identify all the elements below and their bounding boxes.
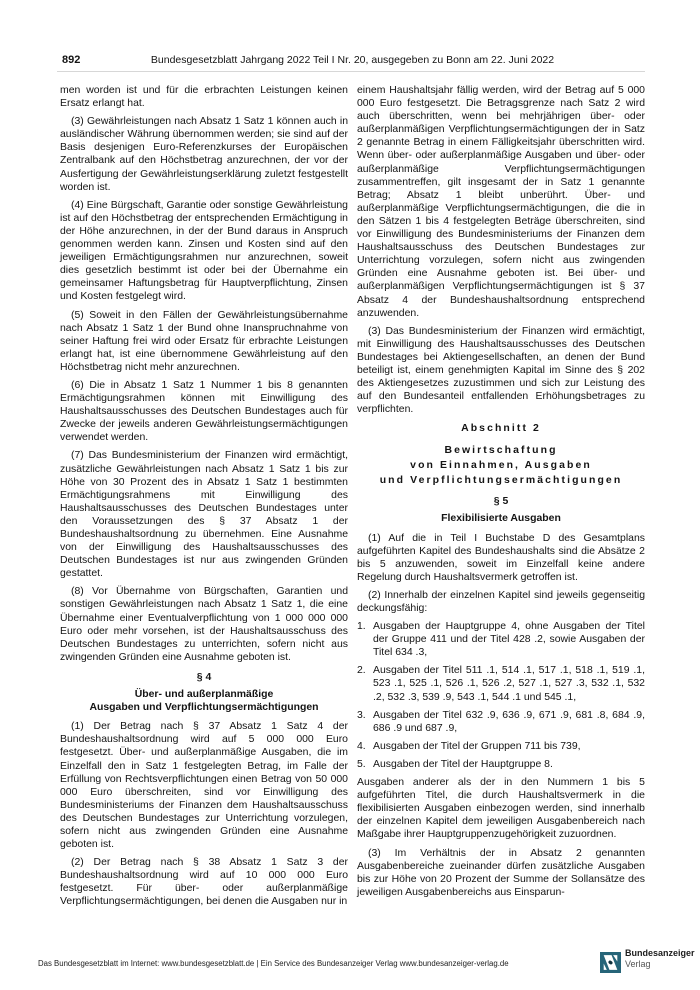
paragraph: (3) Im Verhältnis der in Absatz 2 genann… (357, 847, 645, 899)
publisher-name: Bundesanzeiger (625, 948, 695, 959)
publisher-logo: Bundesanzeiger Verlag (600, 948, 695, 973)
list-item-number: 4. (357, 740, 373, 753)
section-number: § 4 (60, 671, 348, 684)
page-header: 892 Bundesgesetzblatt Jahrgang 2022 Teil… (60, 54, 645, 68)
paragraph: (2) Der Betrag nach § 38 Absatz 1 Satz 3… (60, 856, 348, 908)
paragraph: (8) Vor Übernahme von Bürgschaften, Gara… (60, 585, 348, 664)
left-column: men worden ist und für die erbrachten Le… (60, 84, 348, 914)
list-item: 2.Ausgaben der Titel 511 .1, 514 .1, 517… (357, 664, 645, 703)
paragraph: (2) Innerhalb der einzelnen Kapitel sind… (357, 589, 645, 615)
section-title: Flexibilisierte Ausgaben (357, 512, 645, 525)
paragraph: (3) Das Bundesministerium der Finanzen w… (357, 325, 645, 417)
paragraph: (4) Eine Bürgschaft, Garantie oder sonst… (60, 199, 348, 304)
list-item-number: 1. (357, 620, 373, 659)
page-number: 892 (62, 54, 80, 66)
paragraph: (7) Das Bundesministerium der Finanzen w… (60, 449, 348, 580)
list-item-number: 3. (357, 709, 373, 735)
paragraph: (1) Auf die in Teil I Buchstabe D des Ge… (357, 532, 645, 584)
paragraph: (6) Die in Absatz 1 Satz 1 Nummer 1 bis … (60, 379, 348, 444)
list-item-text: Ausgaben der Titel 632 .9, 636 .9, 671 .… (373, 709, 645, 735)
section-title: Über- und außerplanmäßigeAusgaben und Ve… (60, 688, 348, 714)
list-item: 1.Ausgaben der Hauptgruppe 4, ohne Ausga… (357, 620, 645, 659)
list-item: 3.Ausgaben der Titel 632 .9, 636 .9, 671… (357, 709, 645, 735)
list-item-text: Ausgaben der Titel 511 .1, 514 .1, 517 .… (373, 664, 645, 703)
part-heading: Bewirtschaftungvon Einnahmen, Ausgabenun… (357, 443, 645, 488)
paragraph: (3) Gewährleistungen nach Absatz 1 Satz … (60, 115, 348, 194)
list-item-text: Ausgaben der Titel der Gruppen 711 bis 7… (373, 740, 645, 753)
paragraph: einem Haushaltsjahr fällig werden, wird … (357, 84, 645, 320)
bundesanzeiger-logo-icon (600, 952, 621, 973)
list-item-number: 5. (357, 758, 373, 771)
right-column: einem Haushaltsjahr fällig werden, wird … (357, 84, 645, 914)
list-item: 5.Ausgaben der Titel der Hauptgruppe 8. (357, 758, 645, 771)
list-item-text: Ausgaben der Titel der Hauptgruppe 8. (373, 758, 645, 771)
list-item-text: Ausgaben der Hauptgruppe 4, ohne Ausgabe… (373, 620, 645, 659)
header-divider (57, 71, 645, 72)
document-page: 892 Bundesgesetzblatt Jahrgang 2022 Teil… (0, 0, 700, 990)
part-heading: Abschnitt 2 (357, 421, 645, 436)
running-head-title: Bundesgesetzblatt Jahrgang 2022 Teil I N… (60, 54, 645, 66)
publisher-logo-text: Bundesanzeiger Verlag (625, 948, 695, 969)
publisher-name-line2: Verlag (625, 959, 695, 970)
section-number: § 5 (357, 495, 645, 508)
footer-imprint: Das Bundesgesetzblatt im Internet: www.b… (38, 959, 509, 968)
list-item: 4.Ausgaben der Titel der Gruppen 711 bis… (357, 740, 645, 753)
paragraph: (5) Soweit in den Fällen der Gewährleist… (60, 309, 348, 374)
paragraph: men worden ist und für die erbrachten Le… (60, 84, 348, 110)
document-body: men worden ist und für die erbrachten Le… (60, 84, 645, 914)
list-item-number: 2. (357, 664, 373, 703)
paragraph: Ausgaben anderer als der in den Nummern … (357, 776, 645, 841)
paragraph: (1) Der Betrag nach § 37 Absatz 1 Satz 4… (60, 720, 348, 851)
